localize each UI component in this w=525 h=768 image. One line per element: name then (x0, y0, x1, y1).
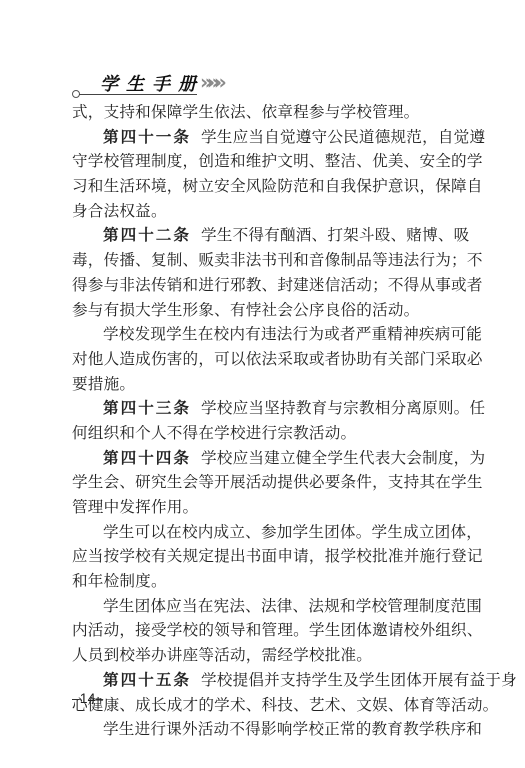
line-text: 得参与非法传销和进行邪教、封建迷信活动；不得从事或者 (72, 276, 483, 294)
line-text: 身合法权益。 (72, 202, 167, 220)
text-line: 学生进行课外活动不得影响学校正常的教育教学秩序和 (72, 717, 462, 742)
running-header: 学生手册 »»» (70, 66, 230, 100)
article-heading: 第四十三条 (103, 399, 191, 417)
text-line: 学生团体应当在宪法、法律、法规和学校管理制度范围 (72, 594, 462, 619)
text-line: 第四十二条学生不得有酗酒、打架斗殴、赌博、吸 (72, 223, 462, 248)
line-text: 守学校管理制度，创造和维护文明、整洁、优美、安全的学 (72, 152, 483, 170)
article-heading: 第四十二条 (103, 226, 191, 244)
text-line: 对他人造成伤害的，可以依法采取或者协助有关部门采取必 (72, 347, 462, 372)
text-line: 心健康、成长成才的学术、科技、艺术、文娱、体育等活动。 (72, 693, 462, 718)
text-line: 第四十三条学校应当坚持教育与宗教相分离原则。任 (72, 396, 462, 421)
line-text: 学校发现学生在校内有违法行为或者严重精神疾病可能 (103, 325, 482, 343)
line-text: 参与有损大学生形象、有悖社会公序良俗的活动。 (72, 301, 419, 319)
article-heading: 第四十一条 (103, 128, 191, 146)
line-text: 学生进行课外活动不得影响学校正常的教育教学秩序和 (103, 720, 482, 738)
text-line: 何组织和个人不得在学校进行宗教活动。 (72, 421, 462, 446)
line-text: 习和生活环境，树立安全风险防范和自我保护意识，保障自 (72, 177, 483, 195)
text-line: 管理中发挥作用。 (72, 495, 462, 520)
text-line: 式，支持和保障学生依法、依章程参与学校管理。 (72, 100, 462, 125)
line-text: 内活动，接受学校的领导和管理。学生团体邀请校外组织、 (72, 621, 483, 639)
line-text: 人员到校举办讲座等活动，需经学校批准。 (72, 646, 372, 664)
line-text: 和年检制度。 (72, 572, 167, 590)
text-line: 习和生活环境，树立安全风险防范和自我保护意识，保障自 (72, 174, 462, 199)
line-text: 毒，传播、复制、贩卖非法书刊和音像制品等违法行为；不 (72, 251, 483, 269)
line-text: 何组织和个人不得在学校进行宗教活动。 (72, 424, 356, 442)
line-text: 式，支持和保障学生依法、依章程参与学校管理。 (72, 103, 419, 121)
text-line: 内活动，接受学校的领导和管理。学生团体邀请校外组织、 (72, 618, 462, 643)
text-line: 学生会、研究生会等开展活动提供必要条件，支持其在学生 (72, 470, 462, 495)
text-line: 应当按学校有关规定提出书面申请，报学校批准并施行登记 (72, 544, 462, 569)
line-text: 学生可以在校内成立、参加学生团体。学生成立团体， (103, 523, 482, 541)
line-text: 学生应当自觉遵守公民道德规范，自觉遵 (201, 128, 485, 146)
line-text: 学生团体应当在宪法、法律、法规和学校管理制度范围 (103, 597, 482, 615)
line-text: 要措施。 (72, 375, 135, 393)
page-number: –14– (72, 690, 103, 706)
line-text: 学校应当坚持教育与宗教相分离原则。任 (201, 399, 485, 417)
body-text: 式，支持和保障学生依法、依章程参与学校管理。第四十一条学生应当自觉遵守公民道德规… (72, 100, 462, 742)
text-line: 第四十四条学校应当建立健全学生代表大会制度，为 (72, 446, 462, 471)
article-heading: 第四十四条 (103, 449, 191, 467)
text-line: 参与有损大学生形象、有悖社会公序良俗的活动。 (72, 298, 462, 323)
text-line: 身合法权益。 (72, 199, 462, 224)
text-line: 第四十五条学校提倡并支持学生及学生团体开展有益于身 (72, 668, 462, 693)
text-line: 学校发现学生在校内有违法行为或者严重精神疾病可能 (72, 322, 462, 347)
line-text: 学校应当建立健全学生代表大会制度，为 (201, 449, 485, 467)
text-line: 人员到校举办讲座等活动，需经学校批准。 (72, 643, 462, 668)
line-text: 对他人造成伤害的，可以依法采取或者协助有关部门采取必 (72, 350, 483, 368)
chevron-right-icon: »»» (200, 70, 221, 94)
line-text: 学生会、研究生会等开展活动提供必要条件，支持其在学生 (72, 473, 483, 491)
line-text: 应当按学校有关规定提出书面申请，报学校批准并施行登记 (72, 547, 483, 565)
header-title: 学生手册 (100, 70, 204, 96)
line-text: 学校提倡并支持学生及学生团体开展有益于身 (201, 671, 517, 689)
text-line: 要措施。 (72, 372, 462, 397)
text-line: 和年检制度。 (72, 569, 462, 594)
line-text: 管理中发挥作用。 (72, 498, 198, 516)
text-line: 毒，传播、复制、贩卖非法书刊和音像制品等违法行为；不 (72, 248, 462, 273)
line-text: 心健康、成长成才的学术、科技、艺术、文娱、体育等活动。 (72, 696, 498, 714)
text-line: 守学校管理制度，创造和维护文明、整洁、优美、安全的学 (72, 149, 462, 174)
text-line: 学生可以在校内成立、参加学生团体。学生成立团体， (72, 520, 462, 545)
text-line: 第四十一条学生应当自觉遵守公民道德规范，自觉遵 (72, 125, 462, 150)
line-text: 学生不得有酗酒、打架斗殴、赌博、吸 (201, 226, 470, 244)
article-heading: 第四十五条 (103, 671, 191, 689)
text-line: 得参与非法传销和进行邪教、封建迷信活动；不得从事或者 (72, 273, 462, 298)
